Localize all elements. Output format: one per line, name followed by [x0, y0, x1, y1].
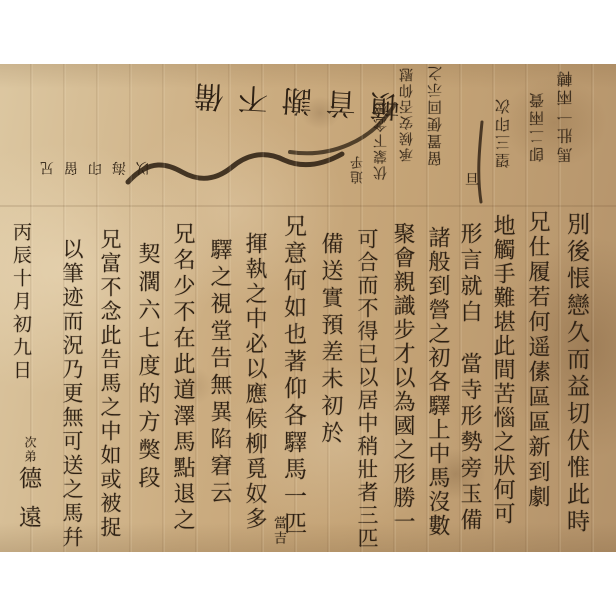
body-column-11: 驛之視堂告無異陷窘云 — [208, 238, 230, 508]
postscript-note-5: 承候安否仰慰 — [400, 66, 414, 162]
postscript-note-3: 望三印次 — [496, 96, 511, 168]
body-column-1: 別後悵戀久而益切伏惟此時 — [564, 212, 587, 536]
postscript-note-4: 留置便回示之 — [428, 64, 443, 166]
wavy-flourish — [128, 154, 342, 182]
postscript-left-row: 以海印留兄 — [30, 160, 150, 174]
body-column-3: 地觸手難堪此間苦惱之狀何可 — [491, 214, 513, 526]
body-column-14: 兄富不念此告馬之中如或被捉 — [99, 228, 120, 540]
annotation-small-pair: 當吉 — [272, 516, 285, 546]
body-column-12: 兄名少不在此道澤馬點退之 — [171, 222, 193, 534]
ink-flourish-strokes — [0, 64, 616, 552]
postscript-note-1: 馬壯一兩轉 — [558, 68, 574, 163]
annotation-dan: 旦 — [464, 172, 478, 186]
body-column-2: 兄仕履若何遥傃區區新到劇 — [526, 210, 548, 510]
photograph-of-manuscript: 別後悵戀久而益切伏惟此時 兄仕履若何遥傃區區新到劇 地觸手難堪此間苦惱之狀何可 … — [0, 0, 616, 616]
date-column: 丙辰十月初九日 — [11, 222, 30, 383]
signature-name: 德遠 — [16, 466, 39, 544]
body-column-13: 契濶六七度的方獘段 — [136, 242, 158, 494]
vertical-flourish — [479, 122, 482, 202]
postscript-note-2: 卽二兩賫 — [530, 90, 545, 162]
postscript-flourish-line: 頓首謝不備 — [169, 78, 400, 120]
manuscript-paper: 別後悵戀久而益切伏惟此時 兄仕履若何遥傃區區新到劇 地觸手難堪此間苦惱之狀何可 … — [0, 64, 616, 552]
horizontal-crease — [0, 205, 616, 207]
body-column-4: 形言就白 當寺形勢旁玉備 — [458, 222, 480, 534]
signature-prefix: 次弟 — [24, 436, 36, 464]
postscript-note-7: 追乎 — [352, 154, 365, 184]
body-column-10: 揮執之中必以應候柳覓奴多 — [243, 232, 265, 532]
body-column-5: 諸般到營之初各驛上中馬沒數 — [426, 226, 448, 538]
body-column-7: 可合而不得已以居中稍壯者三匹 — [356, 228, 377, 550]
body-column-6: 聚會親識步才以為國之形勝一 — [391, 222, 413, 534]
body-column-9: 兄意何如也著仰各驛馬一匹 — [281, 214, 304, 538]
body-column-15: 以筆迹而況乃更無可送之馬幷 — [61, 238, 82, 550]
body-column-8: 備送實預差未初於 — [319, 232, 341, 448]
